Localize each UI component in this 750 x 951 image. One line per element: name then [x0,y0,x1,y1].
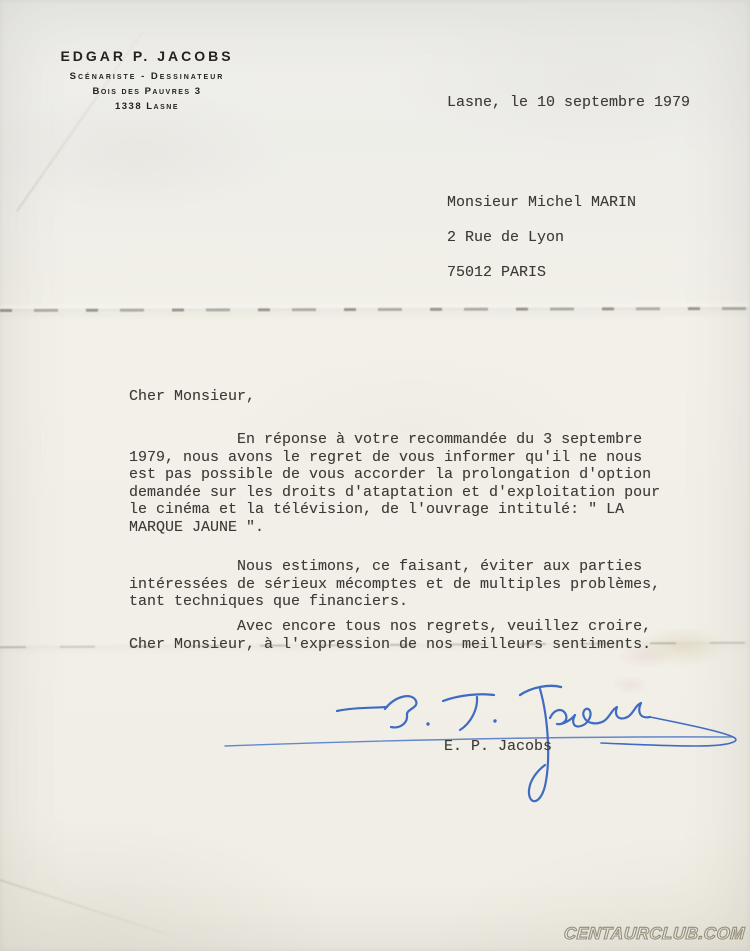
body-paragraph-3: Avec encore tous nos regrets, veuillez c… [129,618,651,653]
recipient-street: 2 Rue de Lyon [447,229,564,246]
letterhead: EDGAR P. JACOBS Scénariste - Dessinateur… [38,48,256,112]
body-paragraph-2: Nous estimons, ce faisant, éviter aux pa… [129,558,660,611]
body-paragraph-1: En réponse à votre recommandée du 3 sept… [129,431,660,536]
fold-crease-bottom-left [0,874,175,938]
recipient-address: Monsieur Michel MARIN 2 Rue de Lyon 7501… [447,194,636,282]
letterhead-name: EDGAR P. JACOBS [38,48,256,64]
watermark: CENTAURCLUB.COM [563,924,745,944]
letterhead-street: Bois des Pauvres 3 [38,86,256,97]
recipient-city: 75012 PARIS [447,264,546,281]
recipient-name: Monsieur Michel MARIN [447,194,636,211]
salutation: Cher Monsieur, [129,388,255,406]
letterhead-title: Scénariste - Dessinateur [38,71,256,82]
typed-signer-name: E. P. Jacobs [444,738,552,756]
date-line: Lasne, le 10 septembre 1979 [447,94,690,112]
letterhead-city: 1338 Lasne [38,101,256,112]
fold-crease-upper [0,307,750,312]
scanned-letter-page: EDGAR P. JACOBS Scénariste - Dessinateur… [0,0,750,951]
